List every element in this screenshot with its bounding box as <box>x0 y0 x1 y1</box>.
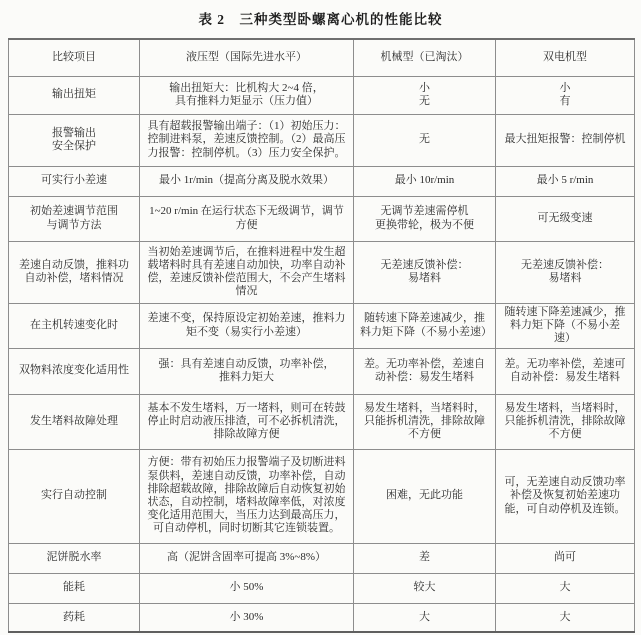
cell-mechanical: 随转速下降差速减少，推料力矩下降（不易小差速） <box>354 303 496 348</box>
cell-dual: 易发生堵料，当堵料时，只能拆机清洗，排除故障不方便 <box>496 394 635 449</box>
table-row: 差速自动反馈，推料功 自动补偿，堵料情况 当初始差速调节后，在推料进程中发生超载… <box>9 241 635 303</box>
table-row: 实行自动控制 方便：带有初始压力报警端子及切断进料泵供料，差速自动反馈，功率补偿… <box>9 449 635 543</box>
table-row: 能耗 小 50% 较大 大 <box>9 573 635 603</box>
cell-mechanical: 小 无 <box>354 76 496 114</box>
cell-hydraulic: 强：具有差速自动反馈，功率补偿， 推料力矩大 <box>140 348 354 394</box>
cell-item: 药耗 <box>9 603 140 632</box>
cell-item: 双物料浓度变化适用性 <box>9 348 140 394</box>
cell-hydraulic: 具有超载报警输出端子：（1）初始压力：控制进料泵，差速反馈控制。（2）最高压力报… <box>140 114 354 166</box>
cell-mechanical: 易发生堵料，当堵料时，只能拆机清洗，排除故障不方便 <box>354 394 496 449</box>
cell-item: 输出扭矩 <box>9 76 140 114</box>
cell-dual: 可无级变速 <box>496 196 635 241</box>
cell-dual: 无差速反馈补偿： 易堵料 <box>496 241 635 303</box>
table-row: 初始差速调节范围 与调节方法 1~20 r/min 在运行状态下无级调节，调节方… <box>9 196 635 241</box>
cell-dual: 最小 5 r/min <box>496 166 635 196</box>
comparison-table: 比较项目 液压型（国际先进水平） 机械型（已淘汰） 双电机型 输出扭矩 输出扭矩… <box>8 38 635 633</box>
table-title: 表 2 三种类型卧螺离心机的性能比较 <box>0 8 641 28</box>
cell-dual: 尚可 <box>496 543 635 573</box>
cell-hydraulic: 最小 1r/min（提高分离及脱水效果） <box>140 166 354 196</box>
cell-dual: 可，无差速自动反馈功率补偿及恢复初始差速功能，可自动停机及连锁。 <box>496 449 635 543</box>
cell-mechanical: 最小 10r/min <box>354 166 496 196</box>
cell-hydraulic: 基本不发生堵料，万一堵料，则可在转鼓停止时启动液压排渣，可不必拆机清洗，排除故障… <box>140 394 354 449</box>
table-row: 在主机转速变化时 差速不变，保持原设定初始差速，推料力矩不变（易实行小差速） 随… <box>9 303 635 348</box>
table-row: 泥饼脱水率 高（泥饼含固率可提高 3%~8%） 差 尚可 <box>9 543 635 573</box>
cell-hydraulic: 输出扭矩大：比机构大 2~4 倍， 具有推料力矩显示（压力值） <box>140 76 354 114</box>
cell-hydraulic: 当初始差速调节后，在推料进程中发生超载堵料时具有差速自动加快，功率自动补偿，差速… <box>140 241 354 303</box>
cell-hydraulic: 方便：带有初始压力报警端子及切断进料泵供料，差速自动反馈，功率补偿，自动排除超载… <box>140 449 354 543</box>
cell-item: 初始差速调节范围 与调节方法 <box>9 196 140 241</box>
cell-item: 泥饼脱水率 <box>9 543 140 573</box>
cell-mechanical: 困难，无此功能 <box>354 449 496 543</box>
cell-item: 可实行小差速 <box>9 166 140 196</box>
cell-dual: 大 <box>496 573 635 603</box>
table-row: 可实行小差速 最小 1r/min（提高分离及脱水效果） 最小 10r/min 最… <box>9 166 635 196</box>
cell-hydraulic: 高（泥饼含固率可提高 3%~8%） <box>140 543 354 573</box>
header-cell-item: 比较项目 <box>9 39 140 76</box>
cell-mechanical: 无差速反馈补偿： 易堵料 <box>354 241 496 303</box>
header-cell-dual: 双电机型 <box>496 39 635 76</box>
header-cell-mechanical: 机械型（已淘汰） <box>354 39 496 76</box>
table-header-row: 比较项目 液压型（国际先进水平） 机械型（已淘汰） 双电机型 <box>9 39 635 76</box>
cell-hydraulic: 1~20 r/min 在运行状态下无级调节，调节方便 <box>140 196 354 241</box>
cell-item: 实行自动控制 <box>9 449 140 543</box>
cell-item: 在主机转速变化时 <box>9 303 140 348</box>
cell-hydraulic: 小 50% <box>140 573 354 603</box>
cell-hydraulic: 差速不变，保持原设定初始差速，推料力矩不变（易实行小差速） <box>140 303 354 348</box>
cell-mechanical: 无 <box>354 114 496 166</box>
cell-dual: 最大扭矩报警：控制停机 <box>496 114 635 166</box>
cell-item: 能耗 <box>9 573 140 603</box>
cell-mechanical: 差。无功率补偿，差速自动补偿：易发生堵料 <box>354 348 496 394</box>
table-row: 输出扭矩 输出扭矩大：比机构大 2~4 倍， 具有推料力矩显示（压力值） 小 无… <box>9 76 635 114</box>
table-row: 发生堵料故障处理 基本不发生堵料，万一堵料，则可在转鼓停止时启动液压排渣，可不必… <box>9 394 635 449</box>
cell-mechanical: 无调节差速需停机 更换带轮，极为不便 <box>354 196 496 241</box>
table-row: 双物料浓度变化适用性 强：具有差速自动反馈，功率补偿， 推料力矩大 差。无功率补… <box>9 348 635 394</box>
table-row: 药耗 小 30% 大 大 <box>9 603 635 632</box>
cell-dual: 大 <box>496 603 635 632</box>
cell-dual: 随转速下降差速减少，推料力矩下降（不易小差速） <box>496 303 635 348</box>
header-cell-hydraulic: 液压型（国际先进水平） <box>140 39 354 76</box>
cell-item: 差速自动反馈，推料功 自动补偿，堵料情况 <box>9 241 140 303</box>
cell-item: 发生堵料故障处理 <box>9 394 140 449</box>
cell-dual: 差。无功率补偿，差速可自动补偿：易发生堵料 <box>496 348 635 394</box>
cell-mechanical: 大 <box>354 603 496 632</box>
cell-mechanical: 较大 <box>354 573 496 603</box>
cell-hydraulic: 小 30% <box>140 603 354 632</box>
cell-mechanical: 差 <box>354 543 496 573</box>
cell-dual: 小 有 <box>496 76 635 114</box>
cell-item: 报警输出 安全保护 <box>9 114 140 166</box>
table-row: 报警输出 安全保护 具有超载报警输出端子：（1）初始压力：控制进料泵，差速反馈控… <box>9 114 635 166</box>
